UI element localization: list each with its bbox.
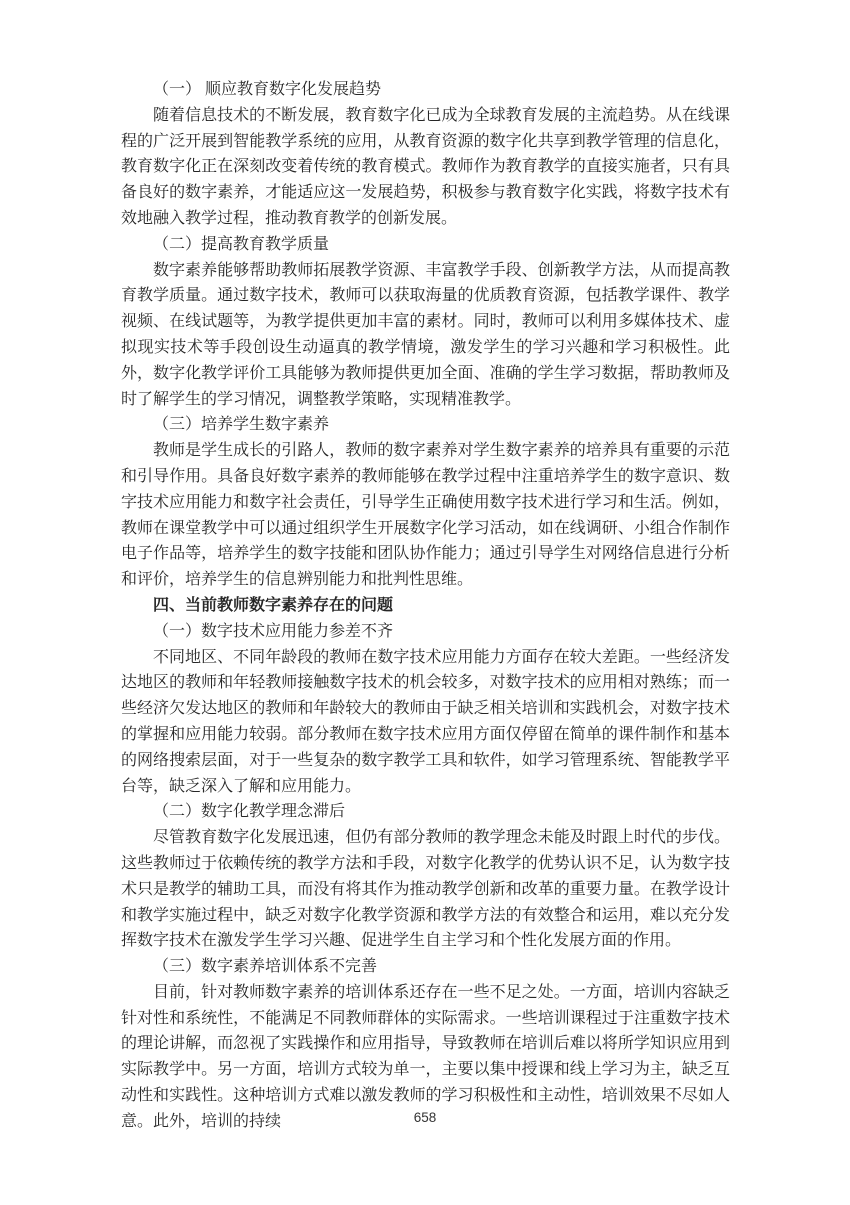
document-body: （一） 顺应教育数字化发展趋势 随着信息技术的不断发展，教育数字化已成为全球教育… [121, 77, 730, 1135]
document-page: （一） 顺应教育数字化发展趋势 随着信息技术的不断发展，教育数字化已成为全球教育… [0, 0, 850, 1205]
subsection-heading-1-1: （一） 顺应教育数字化发展趋势 [121, 77, 730, 103]
body-paragraph-1-2: 数字素养能够帮助教师拓展教学资源、丰富教学手段、创新教学方法，从而提高教育教学质… [121, 258, 730, 413]
section-heading-4: 四、当前教师数字素养存在的问题 [121, 593, 730, 619]
body-paragraph-1-3: 教师是学生成长的引路人，教师的数字素养对学生数字素养的培养具有重要的示范和引导作… [121, 438, 730, 593]
subsection-heading-4-3: （三）数字素养培训体系不完善 [121, 954, 730, 980]
subsection-heading-1-3: （三）培养学生数字素养 [121, 412, 730, 438]
body-paragraph-4-2: 尽管教育数字化发展迅速，但仍有部分教师的教学理念未能及时跟上时代的步伐。这些教师… [121, 825, 730, 954]
body-paragraph-4-1: 不同地区、不同年龄段的教师在数字技术应用能力方面存在较大差距。一些经济发达地区的… [121, 645, 730, 800]
subsection-heading-4-2: （二）数字化教学理念滞后 [121, 799, 730, 825]
subsection-heading-4-1: （一）数字技术应用能力参差不齐 [121, 619, 730, 645]
page-number: 658 [0, 1110, 850, 1125]
body-paragraph-1-1: 随着信息技术的不断发展，教育数字化已成为全球教育发展的主流趋势。从在线课程的广泛… [121, 103, 730, 232]
subsection-heading-1-2: （二）提高教育教学质量 [121, 232, 730, 258]
